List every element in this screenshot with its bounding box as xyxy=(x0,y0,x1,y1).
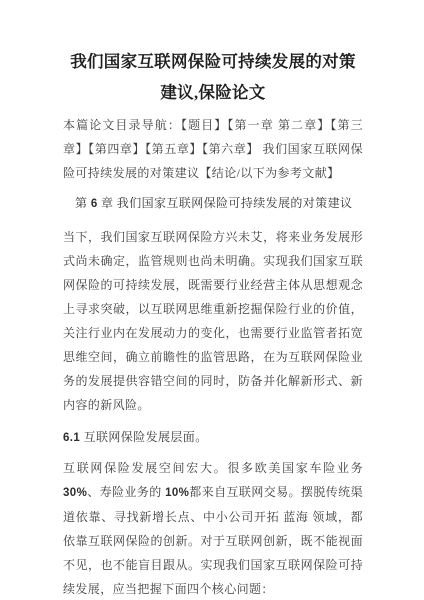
numeric-text: 30% xyxy=(63,487,87,499)
numeric-text: 6 xyxy=(91,198,98,210)
chapter-heading: 第 6 章 我们国家互联网保险可持续发展的对策建议 xyxy=(63,191,363,216)
document-page: 我们国家互联网保险可持续发展的对策建议,保险论文 本篇论文目录导航：【题目】【第… xyxy=(0,0,424,600)
paragraph-intro: 当下，我们国家互联网保险方兴未艾，将来业务发展形式尚未确定，监管规则也尚未明确。… xyxy=(63,225,363,417)
section-heading-6-1: 6.1 互联网保险发展层面。 xyxy=(63,425,363,450)
numeric-text: 6.1 xyxy=(63,432,80,444)
paragraph-development: 互联网保险发展空间宏大。很多欧美国家车险业务 30%、寿险业务的 10%都来自互… xyxy=(63,456,363,600)
document-title: 我们国家互联网保险可持续发展的对策建议,保险论文 xyxy=(63,46,363,108)
numeric-text: 10% xyxy=(165,487,189,499)
toc-navigation: 本篇论文目录导航：【题目】【第一章 第二章】【第三章】【第四章】【第五章】【第六… xyxy=(63,113,363,185)
